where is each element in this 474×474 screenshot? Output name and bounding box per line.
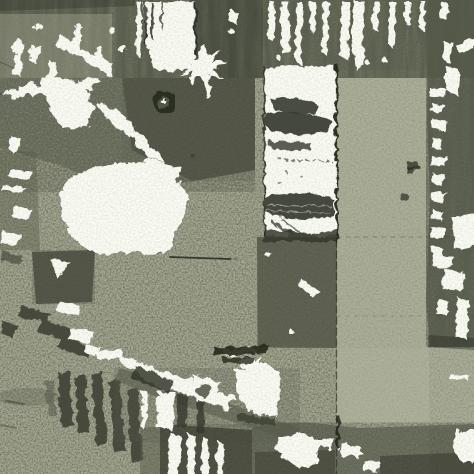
grain-overlay [0, 0, 474, 474]
collage-canvas: Untitled — monochrome xerox collage [0, 0, 474, 474]
abstract-collage-artwork: Untitled — monochrome xerox collage [0, 0, 474, 474]
